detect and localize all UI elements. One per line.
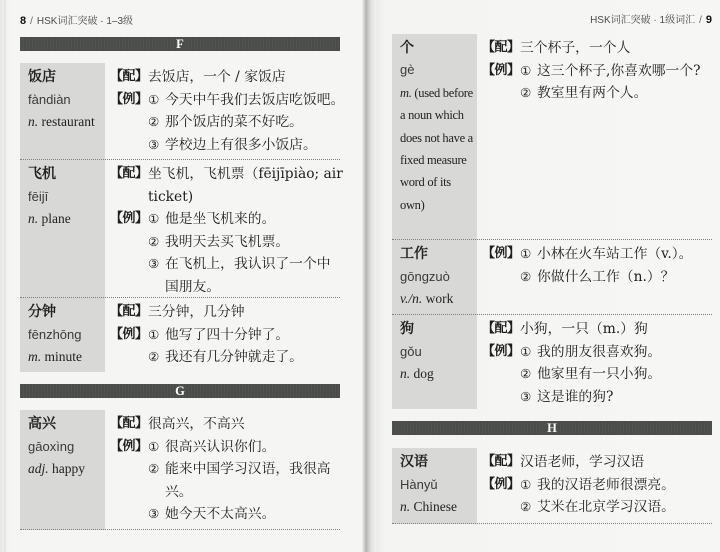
example-text: 小林在火车站工作（v.）。	[537, 243, 692, 266]
entry-body: 【配】 坐飞机，飞机票（fēijīpiào; air ticket) 【例】 ①…	[110, 163, 343, 299]
examples-row: 【例】 ①很高兴认识你们。 ②能来中国学习汉语，我很高 兴。 ③她今天不太高兴。	[110, 436, 331, 526]
example-label: 【例】	[110, 436, 148, 526]
vocab-entry: 个 gè m. (used before a noun which does n…	[392, 34, 712, 240]
collocation-text: 去饭店，一个 / 家饭店	[148, 66, 286, 89]
headword: 高兴	[28, 413, 103, 436]
header-separator: /	[699, 15, 702, 26]
example-text: 她今天不太高兴。	[165, 503, 275, 526]
examples-row: 【例】 ①他写了四十分钟了。 ②我还有几分钟就走了。	[110, 324, 303, 369]
collocation-row: 【配】 坐飞机，飞机票（fēijīpiào; air ticket)	[110, 163, 343, 208]
collocation-row: 【配】 三个杯子，一个人	[482, 37, 701, 60]
example-number: ①	[148, 436, 165, 459]
collocation-row: 【配】 很高兴，不高兴	[110, 413, 331, 436]
examples-row: 【例】 ①今天中午我们去饭店吃饭吧。 ②那个饭店的菜不好吃。 ③学校边上有很多小…	[110, 89, 344, 157]
collocation-text: 三个杯子，一个人	[520, 37, 630, 60]
example-number: ②	[148, 458, 165, 503]
meaning: restaurant	[42, 114, 95, 129]
vocab-entry: 狗 gǒu n. dog 【配】 小狗，一只（m.）狗 【例】 ①我的朋友很喜欢…	[392, 315, 712, 409]
example-text: 在飞机上，我认识了一个中 国朋友。	[165, 253, 331, 298]
part-of-speech: v./n.	[400, 291, 422, 306]
collocation-text: 很高兴，不高兴	[148, 413, 245, 436]
definition: m. minute	[28, 346, 103, 369]
collocation-label: 【配】	[482, 318, 520, 341]
collocation-row: 【配】 三分钟，几分钟	[110, 301, 303, 324]
vocab-entry: 汉语 Hànyǔ n. Chinese 【配】 汉语老师，学习汉语 【例】 ①我…	[392, 448, 712, 524]
example-sentence: ②艾米在北京学习汉语。	[520, 496, 675, 519]
example-text: 今天中午我们去饭店吃饭吧。	[165, 89, 344, 112]
collocation-label: 【配】	[110, 163, 148, 208]
meaning: plane	[42, 211, 71, 226]
example-number: ①	[148, 89, 165, 112]
entry-body: 【配】 小狗，一只（m.）狗 【例】 ①我的朋友很喜欢狗。 ②他家里有一只小狗。…	[482, 318, 661, 408]
right-running-header: HSK词汇突破 · 1级词汇/9	[590, 11, 712, 26]
example-text: 我明天去买飞机票。	[165, 231, 289, 254]
example-sentence: ②那个饭店的菜不好吃。	[148, 111, 344, 134]
headword: 狗	[400, 318, 475, 341]
example-sentence: ①很高兴认识你们。	[148, 436, 331, 459]
definition: m. (used before a noun which does not ha…	[400, 82, 475, 216]
part-of-speech: n.	[400, 366, 410, 381]
example-label: 【例】	[110, 89, 148, 157]
example-sentence: ②他家里有一只小狗。	[520, 363, 661, 386]
definition: n. restaurant	[28, 111, 103, 134]
example-sentence: ①他是坐飞机来的。	[148, 208, 331, 231]
example-number: ③	[520, 386, 537, 409]
example-label: 【例】	[482, 341, 520, 409]
example-sentence: ①我的汉语老师很漂亮。	[520, 474, 675, 497]
page-number: 9	[706, 14, 712, 26]
headword: 工作	[400, 243, 475, 266]
examples-row: 【例】 ①这三个杯子,你喜欢哪一个? ②教室里有两个人。	[482, 60, 701, 105]
example-text: 那个饭店的菜不好吃。	[165, 111, 303, 134]
section-header-f: F	[20, 37, 340, 51]
example-number: ②	[520, 496, 537, 519]
word-box: 汉语 Hànyǔ n. Chinese	[392, 448, 477, 519]
example-sentence: ③这是谁的狗?	[520, 386, 661, 409]
example-number: ②	[148, 346, 165, 369]
entry-body: 【配】 三分钟，几分钟 【例】 ①他写了四十分钟了。 ②我还有几分钟就走了。	[110, 301, 303, 369]
section-header-g: G	[20, 384, 340, 398]
example-number: ②	[520, 266, 537, 289]
word-box: 饭店 fàndiàn n. restaurant	[20, 63, 105, 134]
example-label: 【例】	[110, 324, 148, 369]
example-sentence: ②教室里有两个人。	[520, 82, 701, 105]
collocation-label: 【配】	[482, 451, 520, 474]
vocab-entry: 飞机 fēijī n. plane 【配】 坐飞机，飞机票（fēijīpiào;…	[20, 160, 340, 298]
header-separator: /	[30, 16, 33, 27]
example-sentence: ③在飞机上，我认识了一个中 国朋友。	[148, 253, 331, 298]
part-of-speech: adj.	[28, 461, 49, 476]
word-box: 工作 gōngzuò v./n. work	[392, 240, 477, 311]
example-text: 很高兴认识你们。	[165, 436, 275, 459]
example-number: ③	[148, 503, 165, 526]
pinyin: fàndiàn	[28, 89, 103, 112]
example-label: 【例】	[110, 208, 148, 298]
word-box: 狗 gǒu n. dog	[392, 315, 477, 386]
meaning: Chinese	[414, 499, 458, 514]
example-sentence: ③学校边上有很多小饭店。	[148, 134, 344, 157]
word-box: 高兴 gāoxìng adj. happy	[20, 410, 105, 481]
meaning: (used before a noun which does not have …	[400, 86, 473, 212]
example-number: ①	[520, 243, 537, 266]
book-title: HSK词汇突破 · 1级词汇	[590, 15, 695, 26]
example-number: ①	[520, 341, 537, 364]
example-number: ②	[148, 111, 165, 134]
example-text: 我的朋友很喜欢狗。	[537, 341, 661, 364]
examples-row: 【例】 ①他是坐飞机来的。 ②我明天去买飞机票。 ③在飞机上，我认识了一个中 国…	[110, 208, 343, 298]
example-sentence: ②你做什么工作（n.）？	[520, 266, 692, 289]
example-number: ①	[148, 208, 165, 231]
example-sentence: ①他写了四十分钟了。	[148, 324, 303, 347]
page-number: 8	[20, 15, 26, 27]
collocation-text: 汉语老师，学习汉语	[520, 451, 644, 474]
example-text: 我的汉语老师很漂亮。	[537, 474, 675, 497]
meaning: minute	[45, 349, 83, 364]
examples-row: 【例】 ①我的汉语老师很漂亮。 ②艾米在北京学习汉语。	[482, 474, 675, 519]
pinyin: gāoxìng	[28, 436, 103, 459]
example-number: ②	[148, 231, 165, 254]
meaning: work	[426, 291, 454, 306]
collocation-label: 【配】	[110, 301, 148, 324]
example-sentence: ②能来中国学习汉语，我很高 兴。	[148, 458, 331, 503]
pinyin: Hànyǔ	[400, 474, 475, 497]
example-text: 能来中国学习汉语，我很高 兴。	[165, 458, 331, 503]
collocation-text: 坐飞机，飞机票（fēijīpiào; air ticket)	[148, 163, 343, 208]
examples-row: 【例】 ①小林在火车站工作（v.）。 ②你做什么工作（n.）？	[482, 243, 692, 288]
example-text: 教室里有两个人。	[537, 82, 647, 105]
pinyin: gōngzuò	[400, 266, 475, 289]
book-gutter	[362, 0, 376, 552]
entry-body: 【配】 很高兴，不高兴 【例】 ①很高兴认识你们。 ②能来中国学习汉语，我很高 …	[110, 413, 331, 526]
entry-body: 【配】 汉语老师，学习汉语 【例】 ①我的汉语老师很漂亮。 ②艾米在北京学习汉语…	[482, 451, 675, 519]
part-of-speech: n.	[400, 499, 410, 514]
example-sentence: ①我的朋友很喜欢狗。	[520, 341, 661, 364]
example-number: ③	[148, 253, 165, 298]
example-sentence: ①今天中午我们去饭店吃饭吧。	[148, 89, 344, 112]
example-text: 这三个杯子,你喜欢哪一个?	[537, 60, 701, 83]
vocab-entry: 工作 gōngzuò v./n. work 【例】 ①小林在火车站工作（v.）。…	[392, 240, 712, 315]
example-sentence: ②我明天去买飞机票。	[148, 231, 331, 254]
example-text: 学校边上有很多小饭店。	[165, 134, 317, 157]
meaning: happy	[52, 461, 85, 476]
pinyin: gè	[400, 59, 475, 81]
headword: 汉语	[400, 451, 475, 474]
headword: 饭店	[28, 66, 103, 89]
word-box: 飞机 fēijī n. plane	[20, 160, 105, 231]
meaning: dog	[414, 366, 434, 381]
example-text: 这是谁的狗?	[537, 386, 613, 409]
collocation-text: 小狗，一只（m.）狗	[520, 318, 648, 341]
example-number: ①	[148, 324, 165, 347]
part-of-speech: n.	[28, 211, 38, 226]
definition: n. dog	[400, 363, 475, 386]
vocab-entry: 高兴 gāoxìng adj. happy 【配】 很高兴，不高兴 【例】 ①很…	[20, 410, 340, 530]
example-number: ③	[148, 134, 165, 157]
book-title: HSK词汇突破 · 1–3级	[37, 16, 133, 27]
example-sentence: ①这三个杯子,你喜欢哪一个?	[520, 60, 701, 83]
headword: 个	[400, 37, 475, 59]
word-box: 分钟 fēnzhōng m. minute	[20, 298, 105, 369]
example-text: 你做什么工作（n.）？	[537, 266, 674, 289]
example-label: 【例】	[482, 243, 520, 288]
example-text: 他家里有一只小狗。	[537, 363, 661, 386]
section-header-h: H	[392, 421, 712, 435]
pinyin: fēnzhōng	[28, 324, 103, 347]
pinyin: gǒu	[400, 341, 475, 364]
example-number: ②	[520, 363, 537, 386]
collocation-row: 【配】 汉语老师，学习汉语	[482, 451, 675, 474]
example-text: 他写了四十分钟了。	[165, 324, 289, 347]
example-sentence: ③她今天不太高兴。	[148, 503, 331, 526]
example-label: 【例】	[482, 60, 520, 105]
collocation-label: 【配】	[482, 37, 520, 60]
entry-body: 【配】 去饭店，一个 / 家饭店 【例】 ①今天中午我们去饭店吃饭吧。 ②那个饭…	[110, 66, 344, 156]
example-label: 【例】	[482, 474, 520, 519]
example-number: ①	[520, 60, 537, 83]
entry-body: 【例】 ①小林在火车站工作（v.）。 ②你做什么工作（n.）？	[482, 243, 692, 288]
collocation-text: 三分钟，几分钟	[148, 301, 245, 324]
collocation-row: 【配】 小狗，一只（m.）狗	[482, 318, 661, 341]
collocation-row: 【配】 去饭店，一个 / 家饭店	[110, 66, 344, 89]
word-box: 个 gè m. (used before a noun which does n…	[392, 34, 477, 216]
part-of-speech: n.	[28, 114, 38, 129]
headword: 分钟	[28, 301, 103, 324]
example-sentence: ②我还有几分钟就走了。	[148, 346, 303, 369]
definition: v./n. work	[400, 288, 475, 311]
example-text: 艾米在北京学习汉语。	[537, 496, 675, 519]
definition: n. Chinese	[400, 496, 475, 519]
vocab-entry: 饭店 fàndiàn n. restaurant 【配】 去饭店，一个 / 家饭…	[20, 63, 340, 160]
vocab-entry: 分钟 fēnzhōng m. minute 【配】 三分钟，几分钟 【例】 ①他…	[20, 298, 340, 372]
collocation-label: 【配】	[110, 66, 148, 89]
definition: n. plane	[28, 208, 103, 231]
collocation-label: 【配】	[110, 413, 148, 436]
definition: adj. happy	[28, 458, 103, 481]
example-number: ①	[520, 474, 537, 497]
part-of-speech: m.	[400, 86, 412, 100]
part-of-speech: m.	[28, 349, 41, 364]
headword: 飞机	[28, 163, 103, 186]
entry-body: 【配】 三个杯子，一个人 【例】 ①这三个杯子,你喜欢哪一个? ②教室里有两个人…	[482, 37, 701, 105]
example-sentence: ①小林在火车站工作（v.）。	[520, 243, 692, 266]
examples-row: 【例】 ①我的朋友很喜欢狗。 ②他家里有一只小狗。 ③这是谁的狗?	[482, 341, 661, 409]
example-text: 他是坐飞机来的。	[165, 208, 275, 231]
example-text: 我还有几分钟就走了。	[165, 346, 303, 369]
example-number: ②	[520, 82, 537, 105]
left-running-header: 8/HSK词汇突破 · 1–3级	[20, 12, 133, 27]
pinyin: fēijī	[28, 186, 103, 209]
